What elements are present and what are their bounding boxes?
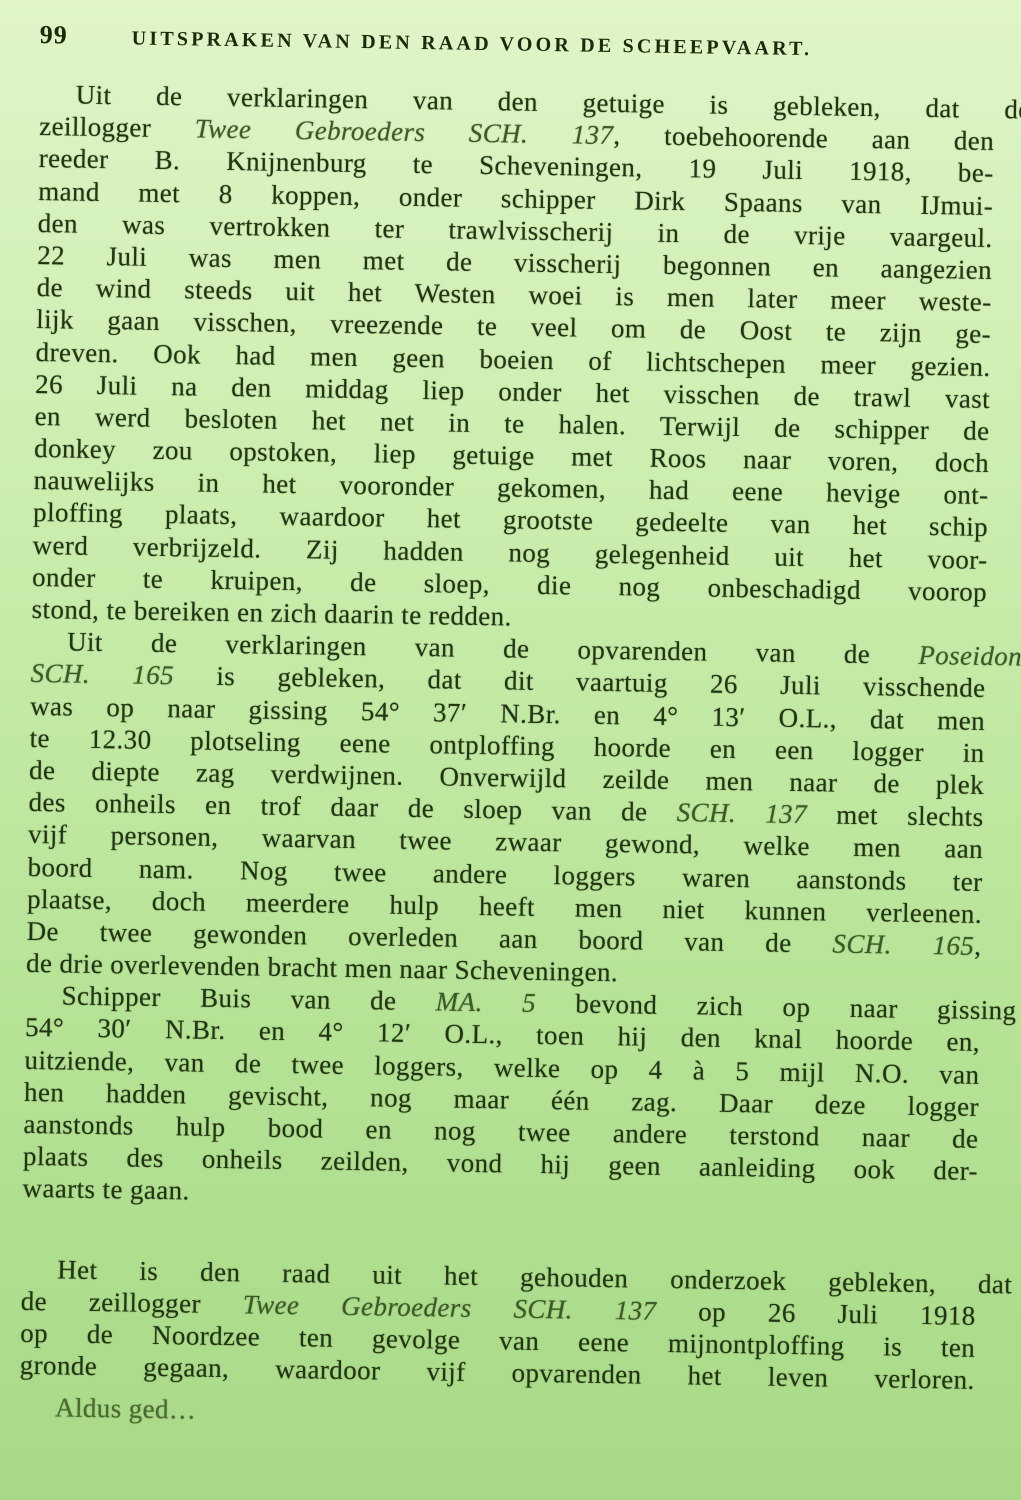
scanned-page: 99 UITSPRAKEN VAN DEN RAAD VOOR DE SCHEE…: [0, 0, 1021, 1500]
paragraph-1: Uit de verklaringen van den getuige is g…: [31, 78, 999, 640]
ship-code: SCH. 137: [676, 797, 807, 829]
ship-name: Poseidon: [918, 640, 1021, 672]
body-text: Uit de verklaringen van den getuige is g…: [19, 78, 1000, 1438]
text-line: Aldus ged…: [19, 1391, 979, 1438]
paragraph-2: Uit de verklaringen van de opvarenden va…: [26, 625, 991, 994]
ship-name: Twee Gebroeders SCH. 137: [194, 114, 613, 151]
verdict-paragraph: Het is den raad uit het gehouden onderzo…: [20, 1252, 982, 1396]
ship-name: Twee Gebroeders SCH. 137: [242, 1289, 656, 1325]
running-title: UITSPRAKEN VAN DEN RAAD VOOR DE SCHEEPVA…: [132, 27, 813, 61]
running-head: 99 UITSPRAKEN VAN DEN RAAD VOOR DE SCHEE…: [39, 20, 940, 74]
ship-code: SCH. 165: [832, 928, 974, 960]
page-number: 99: [40, 20, 68, 50]
paragraph-3: Schipper Buis van de MA. 5 bevond zich o…: [22, 979, 985, 1219]
ship-code: MA. 5: [436, 987, 537, 1019]
ship-code: SCH. 165: [30, 658, 174, 690]
truncated-paragraph: Aldus ged…: [19, 1391, 979, 1438]
